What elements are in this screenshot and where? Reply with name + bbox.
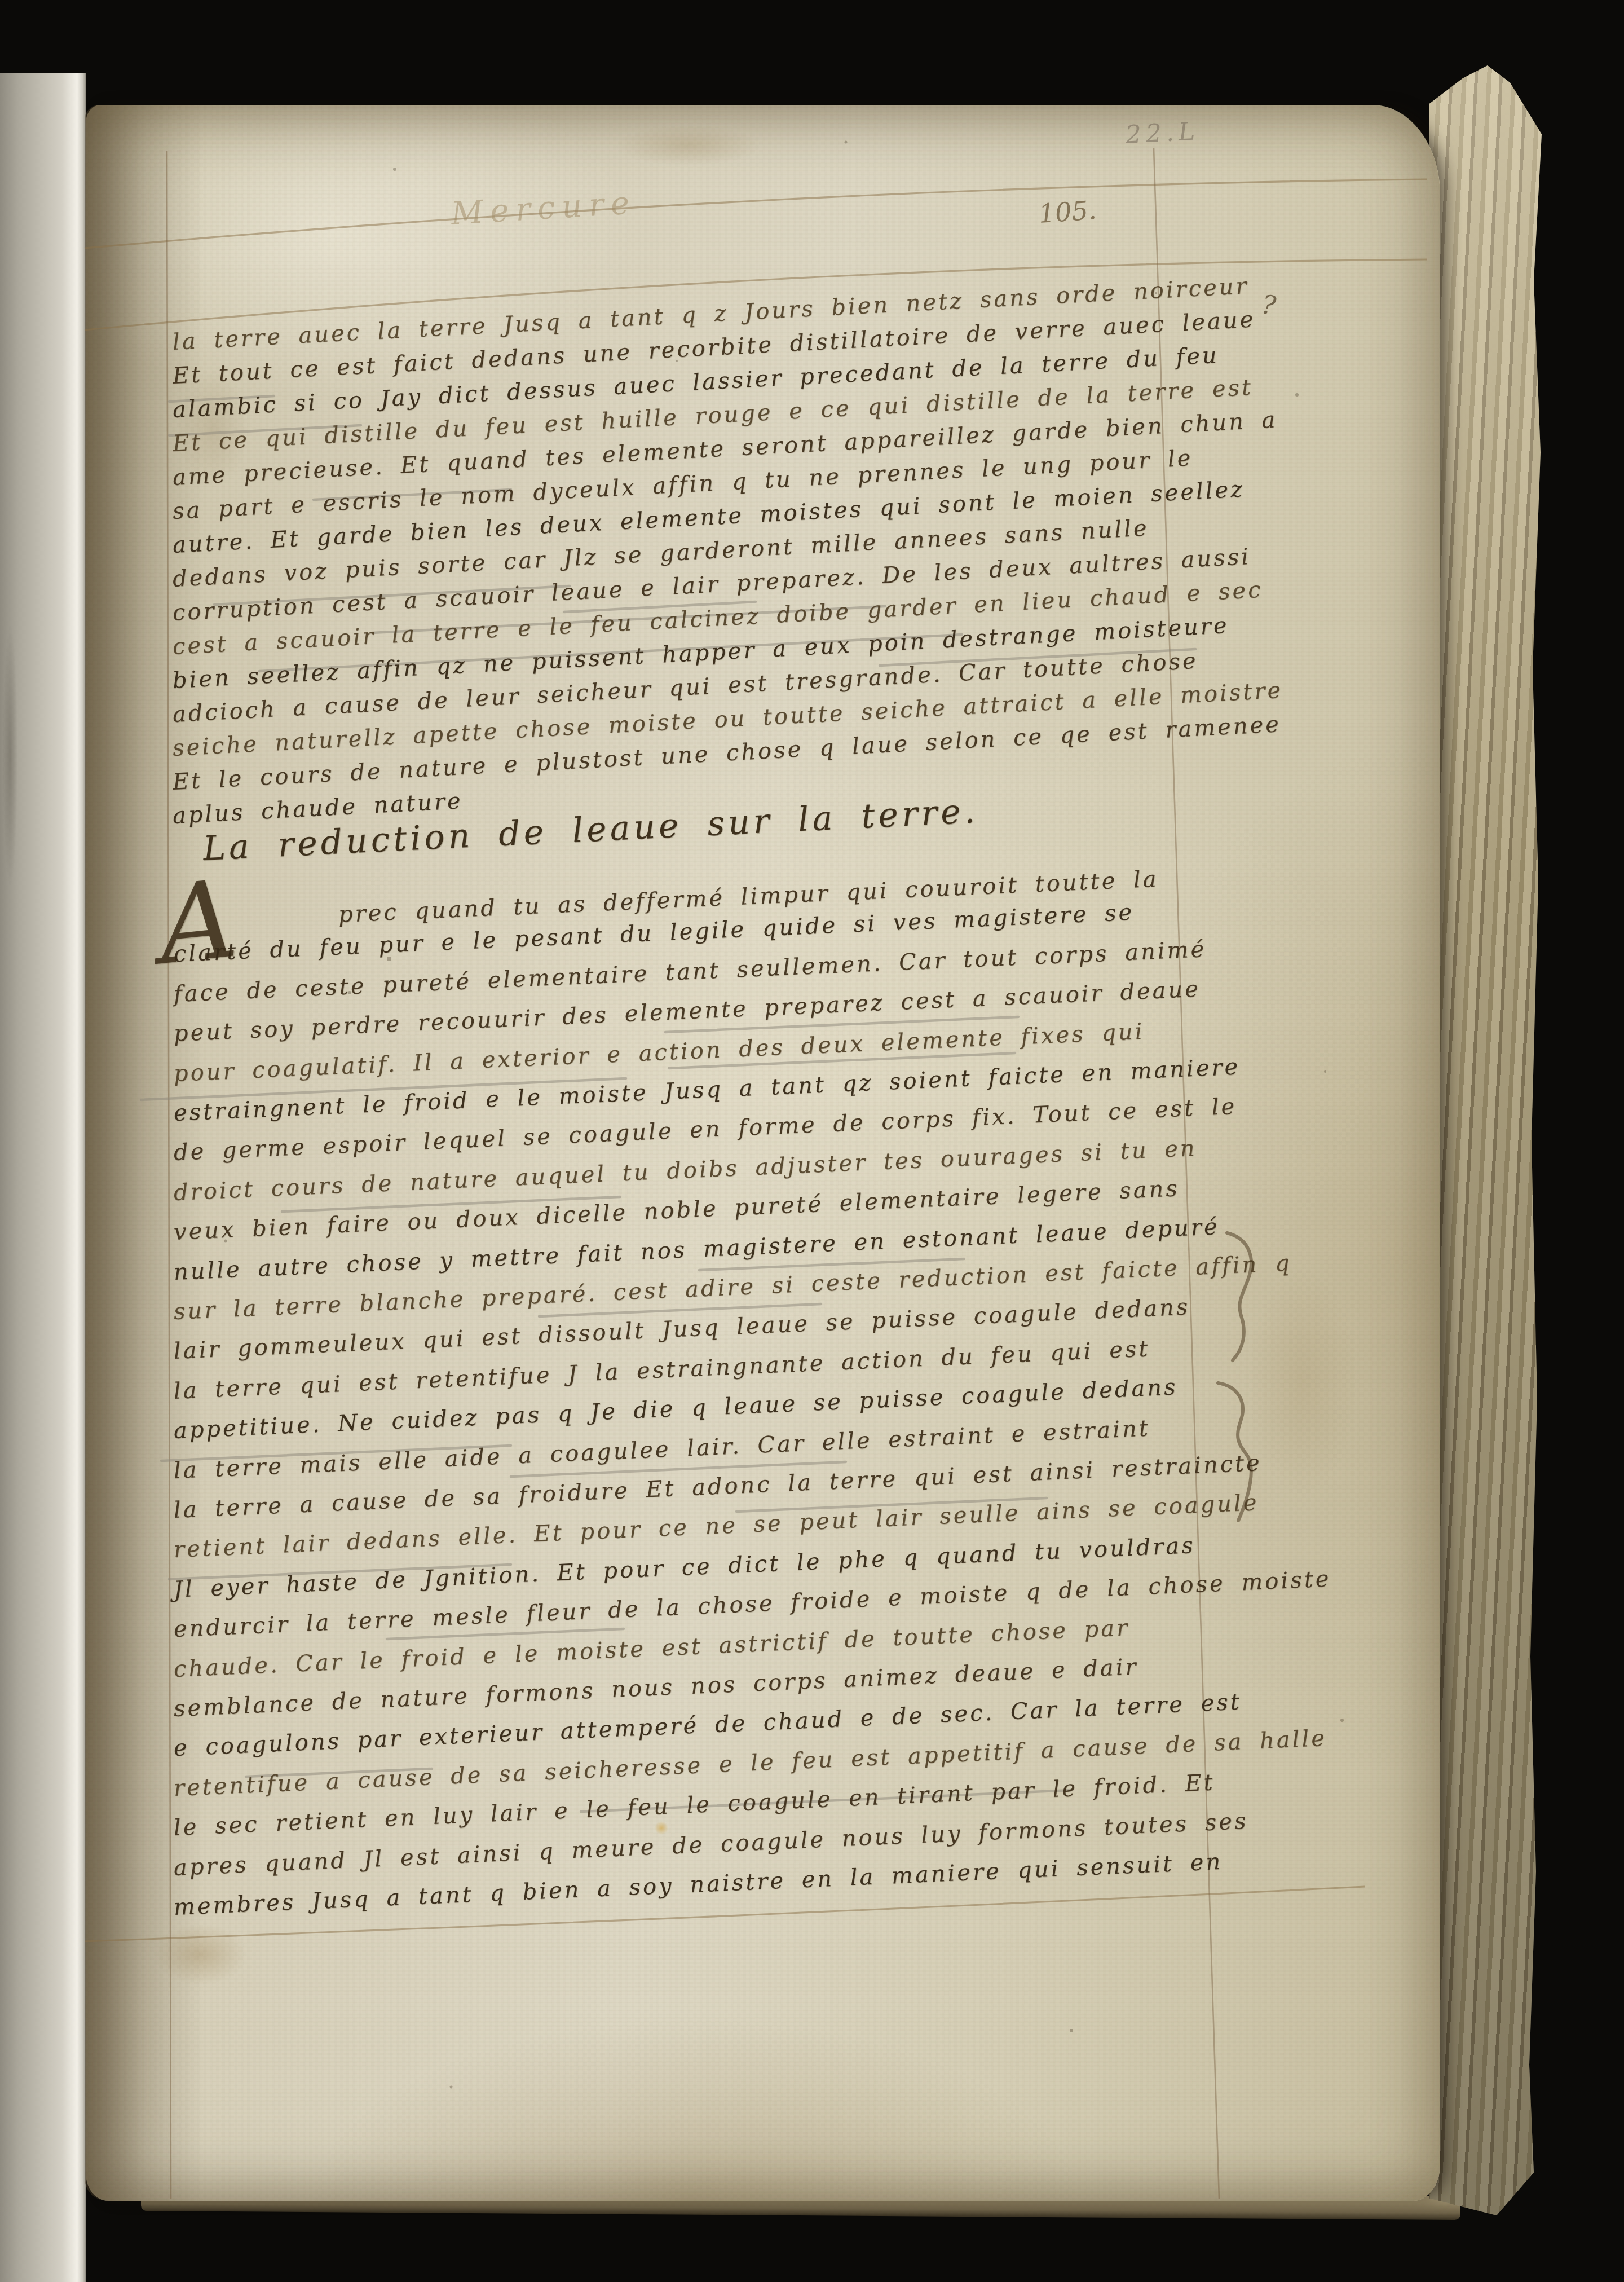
fore-edge-page-stack [1429,65,1542,2215]
facing-page-edge [0,73,86,2282]
margin-query-mark: ? [1260,291,1277,319]
folio-number: 105. [1038,197,1097,227]
corner-annotation: 22.L [1125,119,1200,148]
photograph-backdrop: Mercure 105. 22.L ? la terre auec la ter… [0,0,1624,2282]
facing-page-smudge [0,581,20,931]
paper-stain [586,117,789,174]
